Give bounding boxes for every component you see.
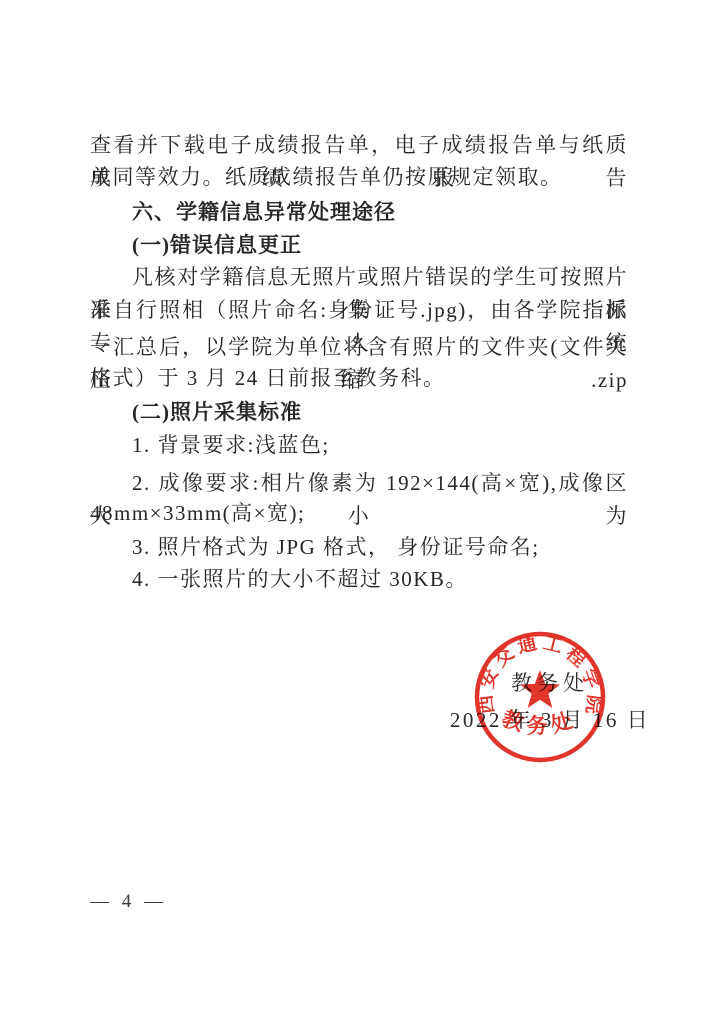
seal-bottom-text-container: 教务处 [499, 706, 581, 738]
paragraph-line: 单同等效力。纸质成绩报告单仍按原规定领取。 [90, 161, 628, 194]
footer-page-number: — 4 — [90, 891, 167, 913]
paragraph-line: 格式）于 3 月 24 日前报至教务科。 [90, 362, 628, 395]
list-item-continuation: 48mm×33mm(高×宽); [90, 497, 628, 530]
subsection-heading: (二)照片采集标准 [90, 396, 628, 429]
section-heading: 六、学籍信息异常处理途径 [90, 196, 628, 229]
official-seal-stamp: 西安交通工程学院 教务处 [470, 627, 610, 767]
list-item: 4. 一张照片的大小不超过 30KB。 [90, 563, 628, 596]
list-item: 3. 照片格式为 JPG 格式， 身份证号命名; [90, 531, 628, 564]
subsection-heading: (一)错误信息更正 [90, 229, 628, 262]
star-icon [520, 670, 560, 708]
seal-bottom-text: 教务处 [499, 706, 581, 738]
list-item: 1. 背景要求:浅蓝色; [90, 429, 628, 462]
document-page: 查看并下载电子成绩报告单，电子成绩报告单与纸质成绩报告 单同等效力。纸质成绩报告… [0, 0, 714, 1010]
